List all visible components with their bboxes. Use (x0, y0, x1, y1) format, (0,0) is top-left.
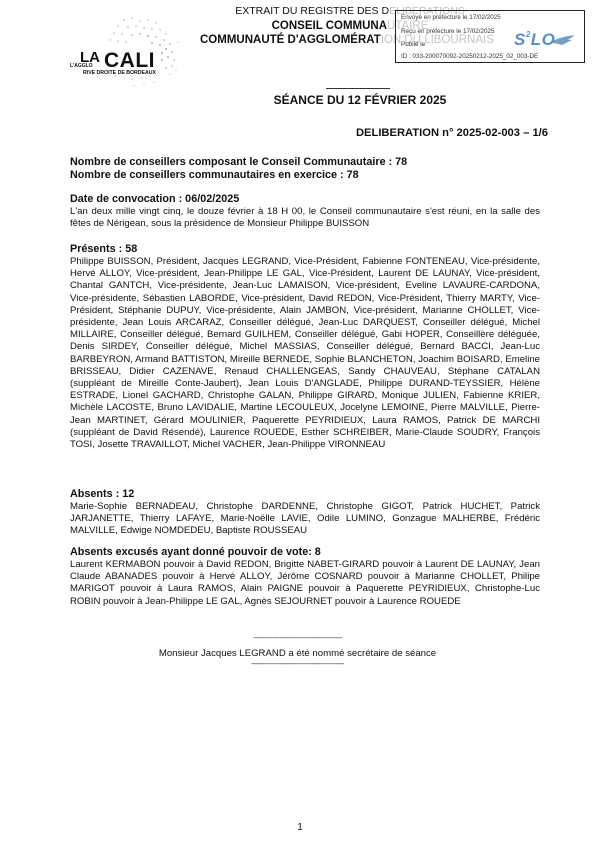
separator-top: ----------------------------------------… (0, 633, 595, 642)
count-exercice: Nombre de conseillers communautaires en … (70, 169, 359, 181)
logo-graphic: LA CALI L'AGGLO RIVE DROITE DE BORDEAUX (62, 12, 192, 94)
stamp-recu: Reçu en préfecture le 17/02/2025 (401, 29, 494, 35)
count-composant: Nombre de conseillers composant le Conse… (70, 156, 407, 168)
logo-agglo: L'AGGLO (70, 63, 93, 69)
absents-list: Marie-Sophie BERNADEAU, Christophe DARDE… (70, 501, 540, 538)
stamp-envoye: Envoyé en préfecture le 17/02/2025 (401, 15, 501, 21)
stamp-id: ID : 033-200070092-20250212-2025_02_003-… (401, 54, 538, 60)
excuses-list: Laurent KERMABON pouvoir à David REDON, … (70, 559, 540, 608)
deliberation-number: DELIBERATION n° 2025-02-003 – 1/6 (340, 127, 548, 139)
logo-cali: CALI (104, 49, 155, 72)
title-rule (326, 88, 390, 89)
presents-list: Philippe BUISSON, Président, Jacques LEG… (70, 256, 540, 451)
separator-bottom: ----------------------------------------… (0, 659, 595, 668)
prefecture-stamp: Envoyé en préfecture le 17/02/2025 Reçu … (395, 10, 585, 63)
seance-title: SÉANCE DU 12 FÉVRIER 2025 (0, 93, 595, 107)
convocation-body: L'an deux mille vingt cinq, le douze fév… (70, 206, 540, 230)
convocation-title: Date de convocation : 06/02/2025 (70, 193, 239, 205)
secretaire-statement: Monsieur Jacques LEGRAND a été nommé sec… (0, 648, 595, 659)
header-extrait-text: EXTRAIT DU REGISTRE DES D (235, 5, 389, 17)
header-conseil-text: CONSEIL COMMUNA (272, 20, 387, 32)
s2lo-s: S (514, 30, 526, 49)
page-number: 1 (0, 822, 595, 833)
absents-title: Absents : 12 (70, 488, 134, 500)
presents-title: Présents : 58 (70, 243, 137, 255)
la-cali-logo: LA CALI L'AGGLO RIVE DROITE DE BORDEAUX (62, 12, 192, 94)
header-communaute-text: COMMUNAUTÉ D'AGGLOMÉRAT (200, 34, 381, 46)
s2lo-swoosh-icon (548, 33, 576, 47)
logo-tagline: RIVE DROITE DE BORDEAUX (83, 70, 156, 76)
stamp-publie: Publié le (401, 42, 425, 48)
excuses-title: Absents excusés ayant donné pouvoir de v… (70, 546, 321, 558)
